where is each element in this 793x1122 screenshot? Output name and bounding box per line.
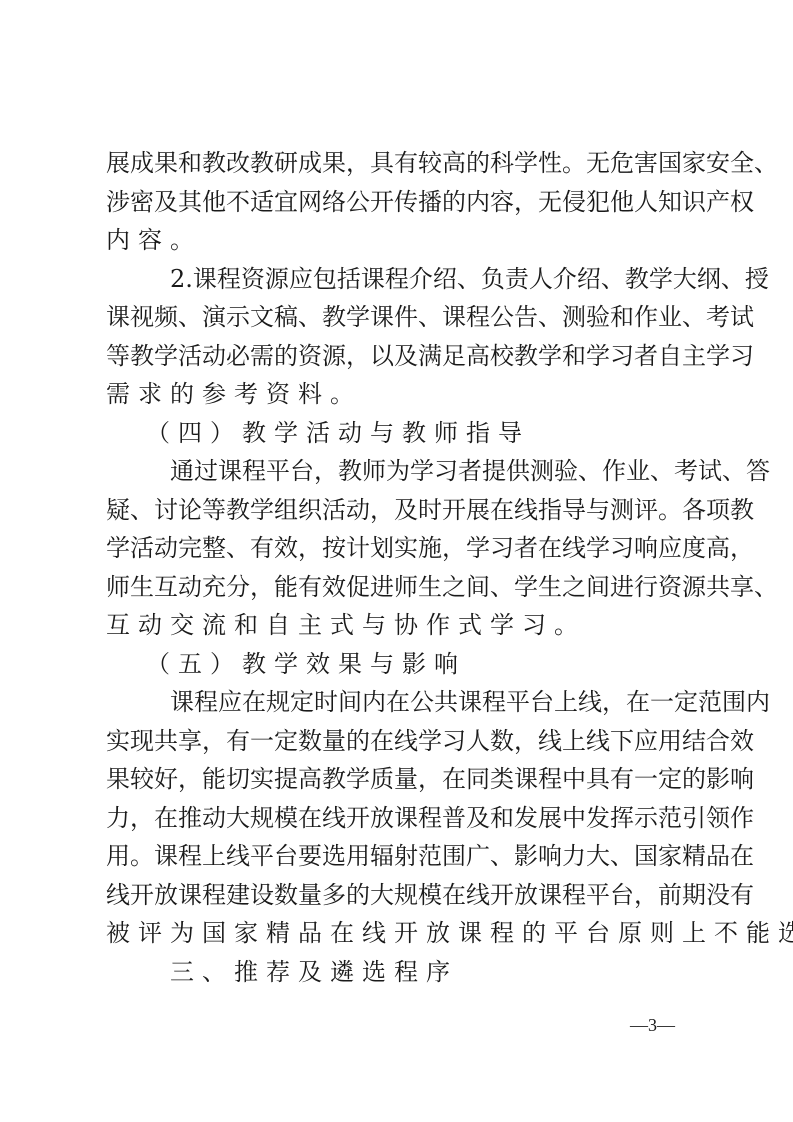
text-line: 2.课程资源应包括课程介绍、负责人介绍、教学大纲、授 [106, 260, 688, 299]
text-line: 师生互动充分，能有效促进师生之间、学生之间进行资源共享、 [106, 568, 688, 607]
text-line: 等教学活动必需的资源，以及满足高校教学和学习者自主学习 [106, 337, 688, 376]
paragraph-teaching-activities: 通过课程平台，教师为学习者提供测验、作业、考试、答 疑、讨论等教学组织活动，及时… [106, 452, 688, 645]
text-line: 果较好，能切实提高教学质量，在同类课程中具有一定的影响 [106, 760, 688, 799]
text-line: 实现共享，有一定数量的在线学习人数，线上线下应用结合效 [106, 722, 688, 761]
text-line: 被评为国家精品在线开放课程的平台原则上不能选用。 [106, 914, 688, 953]
paragraph-course-resources: 2.课程资源应包括课程介绍、负责人介绍、教学大纲、授 课视频、演示文稿、教学课件… [106, 260, 688, 414]
text-line: 力，在推动大规模在线开放课程普及和发展中发挥示范引领作 [106, 799, 688, 838]
page-number: —3— [630, 1015, 675, 1036]
paragraph-teaching-effect: 课程应在规定时间内在公共课程平台上线，在一定范围内 实现共享，有一定数量的在线学… [106, 683, 688, 953]
text-line: 展成果和教改教研成果，具有较高的科学性。无危害国家安全、 [106, 144, 688, 183]
text-line: 疑、讨论等教学组织活动，及时开展在线指导与测评。各项教 [106, 491, 688, 530]
text-line: 通过课程平台，教师为学习者提供测验、作业、考试、答 [106, 452, 688, 491]
text-line: 用。课程上线平台要选用辐射范围广、影响力大、国家精品在 [106, 837, 688, 876]
paragraph-continuation: 展成果和教改教研成果，具有较高的科学性。无危害国家安全、 涉密及其他不适宜网络公… [106, 144, 688, 260]
document-body: 展成果和教改教研成果，具有较高的科学性。无危害国家安全、 涉密及其他不适宜网络公… [106, 144, 688, 991]
section-heading-5: （五）教学效果与影响 [106, 645, 688, 684]
text-line: 线开放课程建设数量多的大规模在线开放课程平台，前期没有 [106, 876, 688, 915]
text-line: 课程应在规定时间内在公共课程平台上线，在一定范围内 [106, 683, 688, 722]
section-heading-4: （四）教学活动与教师指导 [106, 414, 688, 453]
section-heading-3: 三、推荐及遴选程序 [106, 953, 688, 992]
text-line: 需求的参考资料。 [106, 375, 688, 414]
text-line: 涉密及其他不适宜网络公开传播的内容，无侵犯他人知识产权 [106, 183, 688, 222]
text-line: 课视频、演示文稿、教学课件、课程公告、测验和作业、考试 [106, 298, 688, 337]
text-line: 互动交流和自主式与协作式学习。 [106, 606, 688, 645]
text-line: 内容。 [106, 221, 688, 260]
text-line: 学活动完整、有效，按计划实施，学习者在线学习响应度高， [106, 529, 688, 568]
